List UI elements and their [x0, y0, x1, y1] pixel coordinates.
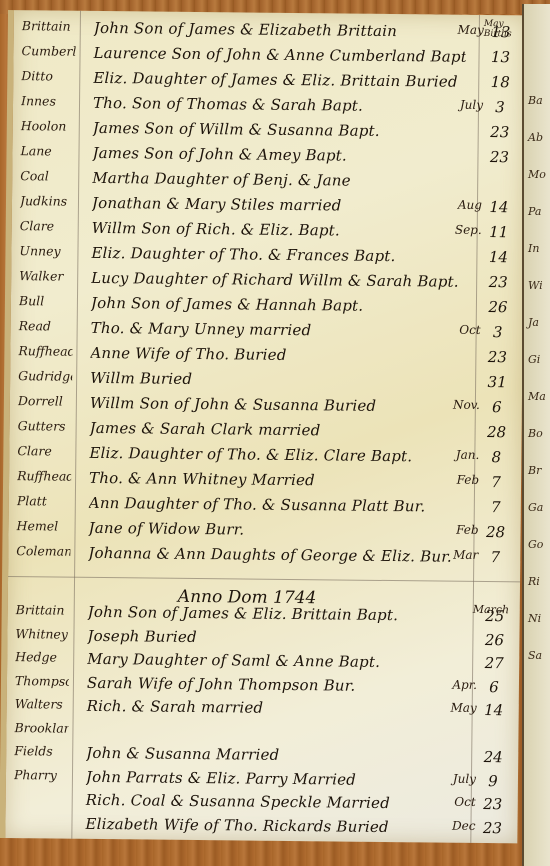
entry-day: 14: [482, 198, 516, 216]
entry-day: 23: [475, 818, 509, 836]
entry-text: Anne Wife of Tho. Buried: [90, 344, 462, 366]
entry-surname: Coal: [20, 168, 74, 184]
entry-text: James Son of John & Amey Bapt.: [92, 144, 464, 166]
adjacent-page-text: Wi: [528, 279, 543, 292]
adjacent-page-text: Ga: [528, 501, 543, 514]
entry-day: 25: [478, 607, 512, 625]
entry-text: Tho. & Mary Unney married: [91, 319, 463, 341]
entry-day: 31: [480, 373, 514, 391]
entry-text: James & Sarah Clark married: [90, 419, 462, 441]
entry-day: 13: [484, 23, 518, 41]
entry-month: May: [434, 22, 484, 37]
entry-day: 6: [480, 398, 514, 416]
entry-month: July: [426, 771, 476, 786]
entry-day: 23: [481, 273, 515, 291]
entry-day: 3: [483, 98, 517, 116]
entry-day: 23: [483, 123, 517, 141]
entry-surname: Pharry: [14, 767, 68, 783]
entry-day: 7: [479, 498, 513, 516]
entry-day: 28: [478, 523, 512, 541]
adjacent-page-text: Ni: [528, 612, 541, 625]
entry-text: Willm Son of John & Susanna Buried: [90, 394, 462, 416]
entry-text: Eliz. Daughter of Tho. & Frances Bapt.: [91, 244, 463, 266]
adjacent-page-text: Ma: [528, 390, 546, 403]
entry-day: 9: [476, 771, 510, 789]
entry-surname: Fields: [14, 743, 68, 759]
entry-surname: Judkins: [20, 193, 74, 209]
entry-surname: Brittain: [22, 18, 76, 34]
entry-surname: Hemel: [17, 518, 71, 534]
entry-text: Laurence Son of John & Anne Cumberland B…: [93, 44, 465, 66]
entry-surname: Walters: [15, 696, 69, 712]
entry-text: John & Susanna Married: [86, 744, 458, 766]
entry-text: Jonathan & Mary Stiles married: [92, 194, 464, 216]
entry-day: 3: [481, 323, 515, 341]
entry-text: Eliz. Daughter of James & Eliz. Brittain…: [93, 69, 465, 91]
adjacent-page-text: Mo: [528, 168, 546, 181]
entry-day: 14: [481, 248, 515, 266]
adjacent-page-text: Ba: [528, 94, 543, 107]
entry-day: 11: [482, 223, 516, 241]
entry-month: Aug: [432, 197, 482, 212]
entry-surname: Lane: [20, 143, 74, 159]
entry-text: John Parrats & Eliz. Parry Married: [86, 767, 458, 789]
entry-surname: [14, 814, 68, 815]
adjacent-page-edge: BaAbMoPaInWiJaGiMaBoBrGaGoRiNiSa: [522, 4, 550, 866]
entry-day: 6: [477, 677, 511, 695]
entry-text: John Son of James & Elizabeth Brittain: [94, 19, 466, 41]
entry-surname: Clare: [20, 218, 74, 234]
entry-surname: Bull: [19, 293, 73, 309]
adjacent-page-text: In: [528, 242, 539, 255]
entry-text: Willm Son of Rich. & Eliz. Bapt.: [92, 219, 464, 241]
entry-surname: Ditto: [21, 68, 75, 84]
entry-day: 23: [480, 348, 514, 366]
adjacent-page-text: Gi: [528, 353, 540, 366]
entry-month: July: [433, 97, 483, 112]
entry-surname: Read: [19, 318, 73, 334]
entry-surname: Clare: [17, 443, 71, 459]
entry-day: 26: [481, 298, 515, 316]
entry-day: 27: [477, 654, 511, 672]
entry-text: Sarah Wife of John Thompson Bur.: [87, 673, 459, 695]
entry-month: Feb: [429, 472, 479, 487]
entry-surname: Whitney: [15, 626, 69, 642]
entry-surname: Hoolon: [21, 118, 75, 134]
entry-text: Mary Daughter of Saml & Anne Bapt.: [87, 650, 459, 672]
entry-surname: Brookland: [14, 720, 68, 736]
adjacent-page-text: Br: [528, 464, 541, 477]
entry-text: Rich. & Sarah married: [87, 697, 459, 719]
entry-surname: Gudridge: [18, 368, 72, 384]
entry-month: Apr.: [427, 677, 477, 692]
entry-day: 7: [478, 548, 512, 566]
adjacent-page-text: Pa: [528, 205, 541, 218]
entry-month: Mar: [428, 547, 478, 562]
register-page: May Births BrittainJohn Son of James & E…: [0, 10, 526, 843]
entry-day: 13: [483, 48, 517, 66]
entry-day: 26: [477, 630, 511, 648]
adjacent-page-text: Ab: [528, 131, 543, 144]
entry-month: Jan.: [429, 447, 479, 462]
entry-text: Willm Buried: [90, 369, 462, 391]
entry-day: 28: [480, 423, 514, 441]
year-divider-rule: [8, 576, 520, 582]
entry-text: Rich. Coal & Susanna Speckle Married: [86, 791, 458, 813]
entry-month: Feb: [429, 522, 479, 537]
entry-surname: Ruffhead: [17, 468, 71, 484]
entry-surname: Ruffhead: [18, 343, 72, 359]
entry-text: Ann Daughter of Tho. & Susanna Platt Bur…: [89, 494, 461, 516]
adjacent-page-text: Sa: [528, 649, 542, 662]
adjacent-page-text: Ri: [528, 575, 540, 588]
entry-surname: Dorrell: [18, 393, 72, 409]
entry-text: John Son of James & Eliz. Brittain Bapt.: [88, 603, 460, 625]
entry-text: Joseph Buried: [87, 626, 459, 648]
entry-day: 23: [482, 148, 516, 166]
register-entry: ColemanJohanna & Ann Daughts of George &…: [8, 543, 520, 573]
entry-text: Eliz. Daughter of Tho. & Eliz. Clare Bap…: [89, 444, 461, 466]
entry-surname: Walker: [19, 268, 73, 284]
register-entry: Elizabeth Wife of Tho. Rickards BuriedDe…: [5, 814, 517, 844]
entry-text: Jane of Widow Burr.: [88, 519, 460, 541]
adjacent-page-text: Go: [528, 538, 543, 551]
adjacent-page-text: Bo: [528, 427, 543, 440]
entry-surname: Innes: [21, 93, 75, 109]
entry-day: 18: [483, 73, 517, 91]
entry-month: May: [427, 700, 477, 715]
entry-surname: Gutters: [18, 418, 72, 434]
entry-text: John Son of James & Hannah Bapt.: [91, 294, 463, 316]
entry-day: 8: [479, 448, 513, 466]
entry-surname: Thompson: [15, 673, 69, 689]
entry-text: Tho. Son of Thomas & Sarah Bapt.: [93, 94, 465, 116]
entry-surname: Unney: [19, 243, 73, 259]
entry-text: Elizabeth Wife of Tho. Rickards Buried: [85, 814, 457, 836]
adjacent-page-text: Ja: [528, 316, 539, 329]
entry-text: Tho. & Ann Whitney Married: [89, 469, 461, 491]
entry-day: 24: [476, 748, 510, 766]
entry-month: Oct: [431, 322, 481, 337]
entry-surname: Hedge: [15, 649, 69, 665]
entry-month: Nov.: [430, 397, 480, 412]
entry-day: 7: [479, 473, 513, 491]
entry-surname: Cumberland: [21, 43, 75, 59]
entry-text: Lucy Daughter of Richard Willm & Sarah B…: [91, 269, 463, 291]
entry-text: Johanna & Ann Daughts of George & Eliz. …: [88, 544, 460, 566]
entry-surname: [14, 790, 68, 791]
entry-month: Oct: [426, 794, 476, 809]
entry-surname: Brittain: [16, 602, 70, 618]
entry-text: James Son of Willm & Susanna Bapt.: [93, 119, 465, 141]
entry-surname: Platt: [17, 493, 71, 509]
entry-text: Martha Daughter of Benj. & Jane: [92, 169, 464, 191]
entry-day: 14: [477, 701, 511, 719]
entry-month: Sep.: [432, 222, 482, 237]
entry-day: 23: [476, 795, 510, 813]
entry-month: [427, 724, 477, 725]
entry-surname: Coleman: [16, 543, 70, 559]
entry-month: Dec: [425, 818, 475, 833]
